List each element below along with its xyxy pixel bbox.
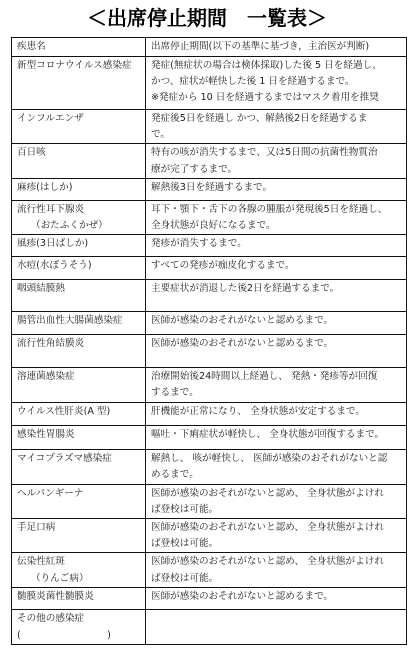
- disease-name: ヘルパンギーナ: [17, 486, 140, 502]
- table-row: 咽頭結膜熱主要症状が消退した後2日を経過するまで。: [12, 280, 407, 312]
- table-row: 手足口病医師が感染のおそれがないと認め、 全身状態がよければ登校は可能。: [12, 519, 407, 553]
- table-row: ウイルス性肝炎(A 型)肝機能が正常になり、 全身状態が安定するまで。: [12, 402, 407, 425]
- table-row: 腸管出血性大腸菌感染症医師が感染のおそれがないと認めるまで。: [12, 312, 407, 335]
- disease-name: 流行性耳下腺炎: [17, 202, 140, 218]
- disease-name: 百日咳: [17, 145, 140, 161]
- disease-name: 風疹(3日ばしか): [17, 236, 140, 252]
- period-cell: 解熱後3日を経過するまで。: [146, 178, 407, 200]
- period-cell: 発疹が消失するまで。: [146, 235, 407, 257]
- period-cell: 発症(無症状の場合は検体採取)した後 5 日を経過し、かつ、症状が軽快した後 1…: [146, 57, 407, 110]
- table-row: 新型コロナウイルス感染症発症(無症状の場合は検体採取)した後 5 日を経過し、か…: [12, 57, 407, 110]
- period-text: 医師が感染のおそれがないと認め、 全身状態がよけれ: [151, 486, 401, 502]
- period-text: 医師が感染のおそれがないと認めるまで。: [151, 589, 401, 605]
- period-text: 主要症状が消退した後2日を経過するまで。: [151, 281, 401, 297]
- disease-cell: 咽頭結膜熱: [12, 280, 146, 312]
- period-text: 医師が感染のおそれがないと認めるまで。: [151, 336, 401, 352]
- period-text: 療が完了するまで。: [151, 162, 401, 178]
- period-text: 医師が感染のおそれがないと認め、 全身状態がよけれ: [151, 520, 401, 536]
- disease-cell: 腸管出血性大腸菌感染症: [12, 312, 146, 335]
- disease-name: 水痘(水ぼうそう): [17, 258, 140, 274]
- table-row: ヘルパンギーナ医師が感染のおそれがないと認め、 全身状態がよければ登校は可能。: [12, 484, 407, 518]
- header-disease-label: 疾患名: [17, 39, 140, 55]
- period-text: かつ、症状が軽快した後 1 日を経過するまで。: [151, 74, 401, 90]
- disease-cell: マイコプラズマ感染症: [12, 449, 146, 484]
- table-row: マイコプラズマ感染症解熱し、 咳が軽快し、 医師が感染のおそれがないと認めるまで…: [12, 449, 407, 484]
- disease-name: インフルエンザ: [17, 111, 140, 127]
- period-cell: 耳下・顎下・舌下の各腺の腫脹が発現後5日を経過し、全身状態が良好になるまで。: [146, 200, 407, 234]
- period-text: 医師が感染のおそれがないと認めるまで。: [151, 313, 401, 329]
- disease-name: ( ): [17, 628, 140, 644]
- header-period: 出席停止期間(以下の基準に基づき，主治医が判断): [146, 38, 407, 57]
- period-cell: 医師が感染のおそれがないと認め、 全身状態がよければ登校は可能。: [146, 484, 407, 518]
- table-row: 麻疹(はしか)解熱後3日を経過するまで。: [12, 178, 407, 200]
- attendance-suspension-table: 疾患名 出席停止期間(以下の基準に基づき，主治医が判断) 新型コロナウイルス感染…: [11, 37, 407, 645]
- period-text: 肝機能が正常になり、 全身状態が安定するまで。: [151, 404, 401, 420]
- period-text: 全身状態が良好になるまで。: [151, 218, 401, 234]
- period-cell: 医師が感染のおそれがないと認めるまで。: [146, 312, 407, 335]
- table-row: 流行性角結膜炎医師が感染のおそれがないと認めるまで。: [12, 335, 407, 368]
- disease-name: 溶連菌感染症: [17, 369, 140, 385]
- disease-name: 麻疹(はしか): [17, 180, 140, 196]
- table-row: 百日咳特有の咳が消失するまで、又は5日間の抗菌性物質治療が完了するまで。: [12, 144, 407, 178]
- disease-cell: 感染性胃腸炎: [12, 425, 146, 449]
- disease-cell: 溶連菌感染症: [12, 368, 146, 402]
- period-text: 治療開始後24時間以上経過し、 発熱・発疹等が回復: [151, 369, 401, 385]
- period-text: するまで。: [151, 385, 401, 401]
- period-text: すべての発疹が痂皮化するまで。: [151, 258, 401, 274]
- disease-cell: 流行性角結膜炎: [12, 335, 146, 368]
- period-cell: 特有の咳が消失するまで、又は5日間の抗菌性物質治療が完了するまで。: [146, 144, 407, 178]
- disease-cell: 流行性耳下腺炎（おたふくかぜ）: [12, 200, 146, 234]
- disease-cell: ヘルパンギーナ: [12, 484, 146, 518]
- table-row: 水痘(水ぼうそう)すべての発疹が痂皮化するまで。: [12, 257, 407, 280]
- period-cell: 医師が感染のおそれがないと認め、 全身状態がよければ登校は可能。: [146, 519, 407, 553]
- table-row: その他の感染症( ): [12, 610, 407, 645]
- disease-name: マイコプラズマ感染症: [17, 451, 140, 467]
- period-cell: 発症後5日を経過し かつ、解熱後2日を経過するまで。: [146, 110, 407, 144]
- page-title: ＜出席停止期間 一覧表＞: [0, 5, 414, 31]
- period-text: 特有の咳が消失するまで、又は5日間の抗菌性物質治: [151, 145, 401, 161]
- period-cell: [146, 610, 407, 645]
- period-cell: 肝機能が正常になり、 全身状態が安定するまで。: [146, 402, 407, 425]
- header-disease: 疾患名: [12, 38, 146, 57]
- disease-cell: 髄膜炎菌性髄膜炎: [12, 588, 146, 610]
- table-row: 伝染性紅斑（りんご病）医師が感染のおそれがないと認め、 全身状態がよければ登校は…: [12, 553, 407, 588]
- disease-name: （りんご病）: [17, 571, 140, 587]
- table-row: インフルエンザ発症後5日を経過し かつ、解熱後2日を経過するまで。: [12, 110, 407, 144]
- period-text: 耳下・顎下・舌下の各腺の腫脹が発現後5日を経過し、: [151, 202, 401, 218]
- table-row: 風疹(3日ばしか)発疹が消失するまで。: [12, 235, 407, 257]
- table-row: 流行性耳下腺炎（おたふくかぜ）耳下・顎下・舌下の各腺の腫脹が発現後5日を経過し、…: [12, 200, 407, 234]
- table-row: 溶連菌感染症治療開始後24時間以上経過し、 発熱・発疹等が回復するまで。: [12, 368, 407, 402]
- disease-name: 咽頭結膜熱: [17, 281, 140, 297]
- disease-name: 新型コロナウイルス感染症: [17, 58, 140, 74]
- disease-cell: 百日咳: [12, 144, 146, 178]
- period-cell: 主要症状が消退した後2日を経過するまで。: [146, 280, 407, 312]
- disease-name: 手足口病: [17, 520, 140, 536]
- disease-cell: 水痘(水ぼうそう): [12, 257, 146, 280]
- table-row: 感染性胃腸炎嘔吐・下痢症状が軽快し、 全身状態が回復するまで。: [12, 425, 407, 449]
- disease-name: 伝染性紅斑: [17, 554, 140, 570]
- disease-name: その他の感染症: [17, 611, 140, 627]
- period-text: ば登校は可能。: [151, 571, 401, 587]
- disease-cell: 新型コロナウイルス感染症: [12, 57, 146, 110]
- disease-name: 腸管出血性大腸菌感染症: [17, 313, 140, 329]
- period-text: めるまで。: [151, 467, 401, 483]
- disease-cell: その他の感染症( ): [12, 610, 146, 645]
- period-cell: 医師が感染のおそれがないと認め、 全身状態がよければ登校は可能。: [146, 553, 407, 588]
- period-text: 医師が感染のおそれがないと認め、 全身状態がよけれ: [151, 554, 401, 570]
- disease-name: （おたふくかぜ）: [17, 218, 140, 234]
- period-text: 発疹が消失するまで。: [151, 236, 401, 252]
- period-cell: すべての発疹が痂皮化するまで。: [146, 257, 407, 280]
- disease-name: 流行性角結膜炎: [17, 336, 140, 352]
- period-text: ば登校は可能。: [151, 502, 401, 518]
- disease-cell: インフルエンザ: [12, 110, 146, 144]
- disease-cell: ウイルス性肝炎(A 型): [12, 402, 146, 425]
- disease-name: ウイルス性肝炎(A 型): [17, 404, 140, 420]
- period-text: 嘔吐・下痢症状が軽快し、 全身状態が回復するまで。: [151, 427, 401, 443]
- table-header-row: 疾患名 出席停止期間(以下の基準に基づき，主治医が判断): [12, 38, 407, 57]
- disease-name: 髄膜炎菌性髄膜炎: [17, 589, 140, 605]
- table-row: 髄膜炎菌性髄膜炎医師が感染のおそれがないと認めるまで。: [12, 588, 407, 610]
- header-period-label: 出席停止期間(以下の基準に基づき，主治医が判断): [151, 39, 401, 55]
- period-cell: 治療開始後24時間以上経過し、 発熱・発疹等が回復するまで。: [146, 368, 407, 402]
- disease-cell: 風疹(3日ばしか): [12, 235, 146, 257]
- period-text: 解熱後3日を経過するまで。: [151, 180, 401, 196]
- disease-name: 感染性胃腸炎: [17, 427, 140, 443]
- disease-cell: 麻疹(はしか): [12, 178, 146, 200]
- disease-cell: 伝染性紅斑（りんご病）: [12, 553, 146, 588]
- period-text: 発症(無症状の場合は検体採取)した後 5 日を経過し、: [151, 58, 401, 74]
- disease-cell: 手足口病: [12, 519, 146, 553]
- period-text: 発症後5日を経過し かつ、解熱後2日を経過するま: [151, 111, 401, 127]
- period-text: ※発症から 10 日を経過するまではマスク着用を推奨: [151, 90, 401, 106]
- period-cell: 嘔吐・下痢症状が軽快し、 全身状態が回復するまで。: [146, 425, 407, 449]
- period-text: で。: [151, 127, 401, 143]
- period-cell: 解熱し、 咳が軽快し、 医師が感染のおそれがないと認めるまで。: [146, 449, 407, 484]
- period-cell: 医師が感染のおそれがないと認めるまで。: [146, 335, 407, 368]
- period-cell: 医師が感染のおそれがないと認めるまで。: [146, 588, 407, 610]
- period-text: 解熱し、 咳が軽快し、 医師が感染のおそれがないと認: [151, 451, 401, 467]
- period-text: ば登校は可能。: [151, 536, 401, 552]
